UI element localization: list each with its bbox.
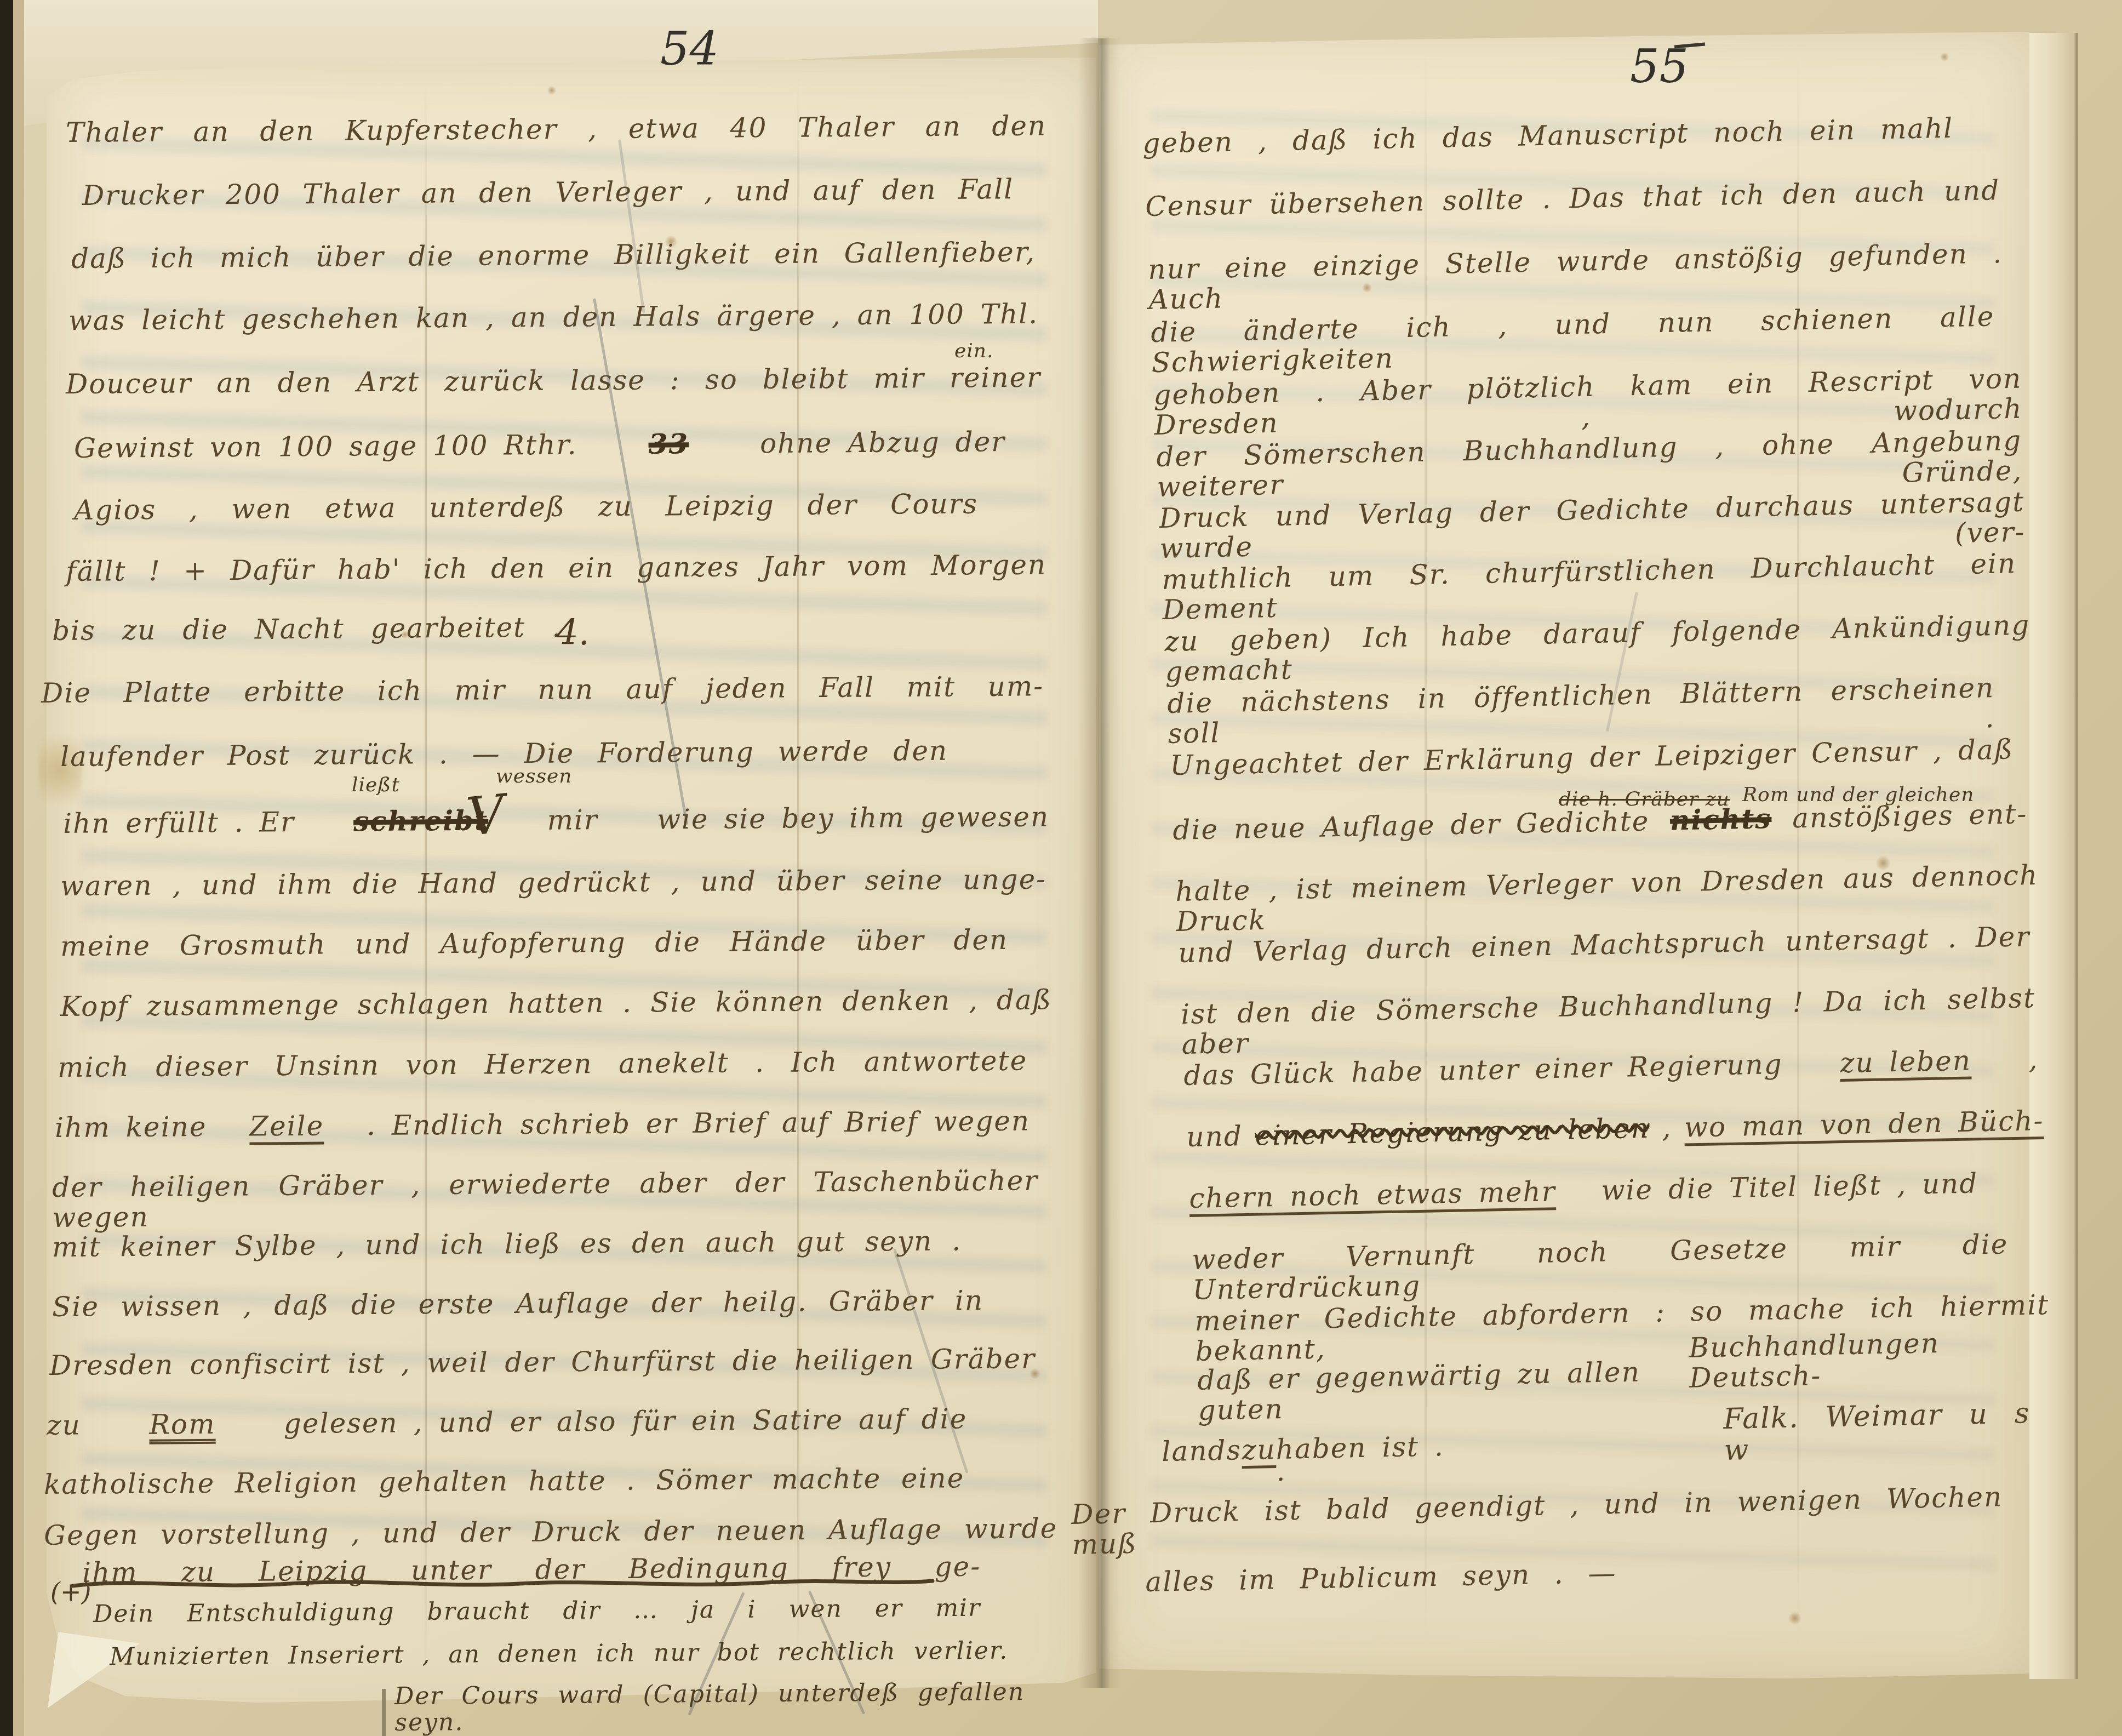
footnote-line: Der Cours ward (Capital) unterdeß gefall…: [394, 1679, 1025, 1736]
underlined-words: zu leben: [1840, 1046, 1972, 1078]
line-segment-raised: Buchhandlungen Deutsch-: [1689, 1326, 2050, 1394]
line-segment: ihm keine: [55, 1112, 207, 1143]
manuscript-line: Gegen vorstellung , und der Druck der ne…: [44, 1514, 1057, 1551]
line-segment: und: [1186, 1121, 1243, 1152]
foxing-spot: [1788, 1611, 1802, 1625]
line-segment: wie die Titel ließt , und: [1601, 1168, 1978, 1206]
manuscript-line: ihm keine Zeile . Endlich schrieb er Bri…: [55, 1106, 1030, 1143]
manuscript-line: daß ich mich über die enorme Billigkeit …: [71, 237, 1036, 274]
underlined-word: zu: [1242, 1435, 1277, 1465]
manuscript-scan: 54 55 Thaler an den Kupferstecher , etwa…: [0, 0, 2122, 1736]
struck-word: 33: [648, 429, 689, 459]
page-number-54: 54: [660, 22, 719, 76]
line-segment: ihn erfüllt . Er: [63, 807, 295, 839]
manuscript-line: Sie wissen , daß die erste Auflage der h…: [52, 1286, 983, 1322]
line-segment: haben ist . ·: [1276, 1431, 1469, 1495]
manuscript-line: mit keiner Sylbe , und ich ließ es den a…: [52, 1226, 962, 1263]
manuscript-line: was leicht geschehen kan , an den Hals ä…: [68, 299, 1038, 336]
manuscript-line: lands zu haben ist . ·: [1162, 1431, 1469, 1497]
interline-insertion: ein.: [954, 340, 993, 362]
line-segment: wie sie bey ihm gewesen: [657, 802, 1049, 835]
foxing-spot: [547, 85, 557, 95]
signature: Falk. Weimar u s w: [1723, 1398, 2031, 1466]
manuscript-line: Die Platte erbitte ich mir nun auf jeden…: [41, 671, 1044, 709]
manuscript-line: bis zu die Nacht gearbeitet .: [52, 613, 562, 646]
scan-left-dark-edge: [0, 0, 13, 1736]
manuscript-line: Agios , wen etwa unterdeß zu Leipzig der…: [74, 489, 978, 526]
line-segment: mir: [547, 805, 598, 836]
struck-word: nichts: [1669, 803, 1771, 836]
interline-insertion: wessen: [496, 765, 573, 787]
manuscript-line: Kopf zusammenge schlagen hatten . Sie kö…: [60, 985, 1052, 1022]
line-segment: . Endlich schrieb er Brief auf Brief weg…: [367, 1106, 1030, 1141]
manuscript-line: fällt ! + Dafür hab' ich den ein ganzes …: [66, 550, 1046, 587]
manuscript-line: katholische Religion gehalten hatte . Sö…: [44, 1463, 964, 1500]
gutter-shadow: [1078, 38, 1121, 1688]
line-segment: ,: [2028, 1044, 2039, 1075]
manuscript-line: ihn erfüllt . Er schreibt mir wie sie be…: [63, 801, 1049, 839]
manuscript-line: der heiligen Gräber , erwiederte aber de…: [52, 1166, 1039, 1233]
double-underlined-word: Rom: [149, 1409, 216, 1440]
line-segment: zu: [47, 1410, 81, 1441]
footnote-rule: [70, 1576, 936, 1591]
line-segment: daß er gegenwärtig zu allen guten: [1197, 1356, 1690, 1426]
manuscript-line: meine Grosmuth und Aufopferung die Hände…: [60, 925, 1008, 962]
interline-insertion: ließt: [352, 774, 400, 796]
manuscript-line: Gewinst von 100 sage 100 Rthr. 33 ohne A…: [74, 426, 1005, 464]
manuscript-line: Douceur an den Arzt zurück lasse : so bl…: [66, 363, 1041, 399]
insertion-caret: V: [464, 783, 508, 848]
underlined-words: wo man von den Büch-: [1684, 1106, 2044, 1143]
page-55-folded-edge: [2029, 33, 2078, 1679]
line-segment: lands: [1162, 1435, 1242, 1467]
line-segment: ,: [1662, 1113, 1672, 1143]
underlined-words: chern noch etwas mehr: [1189, 1177, 1556, 1214]
manuscript-line: mich dieser Unsinn von Herzen anekelt . …: [58, 1046, 1027, 1083]
scan-left-tan-strip: [13, 0, 24, 1736]
manuscript-line: Drucker 200 Thaler an den Verleger , und…: [82, 174, 1014, 211]
foxing-spot: [1940, 52, 1949, 62]
underlined-word: Zeile: [249, 1111, 324, 1142]
manuscript-line: Thaler an den Kupferstecher , etwa 40 Th…: [66, 111, 1046, 148]
line-segment: gelesen , und er also für ein Satire auf…: [284, 1404, 968, 1439]
manuscript-line: waren , und ihm die Hand gedrückt , und …: [60, 864, 1046, 901]
section-number: 4.: [556, 613, 590, 653]
line-segment: ohne Abzug der: [760, 427, 1005, 459]
manuscript-line: Dresden confiscirt ist , weil der Churfü…: [49, 1344, 1036, 1381]
line-segment: Gewinst von 100 sage 100 Rthr.: [74, 430, 577, 464]
backing-slit: [382, 1689, 386, 1736]
line-segment: anstößiges ent-: [1792, 799, 2028, 833]
manuscript-line: zu Rom gelesen , und er also für ein Sat…: [47, 1404, 967, 1441]
